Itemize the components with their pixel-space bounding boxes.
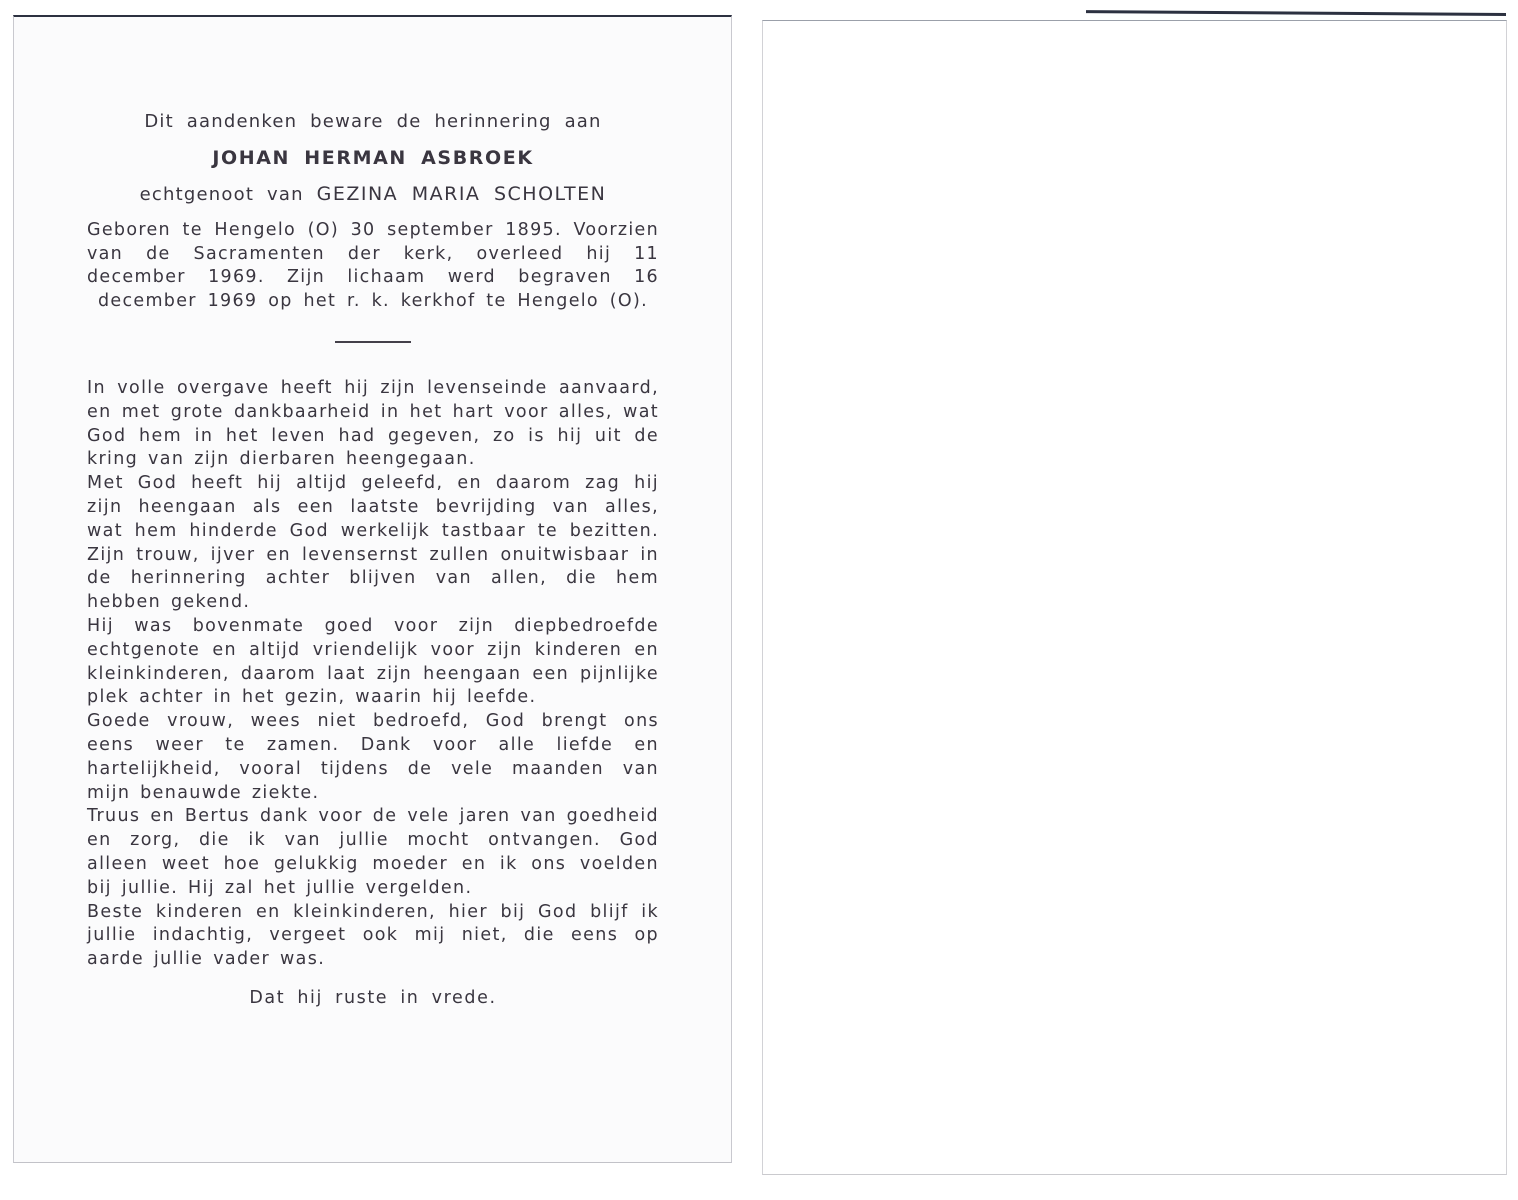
paragraph: Beste kinderen en kleinkinderen, hier bi… [87, 901, 659, 972]
biographical-details: Geboren te Hengelo (O) 30 september 1895… [87, 219, 659, 313]
paragraph: Hij was bovenmate goed voor zijn diepbed… [87, 615, 659, 710]
memorial-text: In volle overgave heeft hij zijn levense… [87, 377, 659, 972]
spouse-name: GEZINA MARIA SCHOLTEN [317, 183, 607, 205]
section-divider [335, 341, 411, 343]
paragraph: Goede vrouw, wees niet bedroefd, God bre… [87, 710, 659, 805]
paragraph: Met God heeft hij altijd geleefd, en daa… [87, 472, 659, 615]
intro-line: Dit aandenken beware de herinnering aan [87, 110, 659, 134]
paragraph: Truus en Bertus dank voor de vele jaren … [87, 805, 659, 900]
closing-line: Dat hij ruste in vrede. [87, 986, 659, 1010]
card-content: Dit aandenken beware de herinnering aan … [87, 110, 659, 1010]
memorial-card-front: Dit aandenken beware de herinnering aan … [13, 15, 732, 1163]
spouse-prefix: echtgenoot van [140, 184, 304, 205]
paragraph: In volle overgave heeft hij zijn levense… [87, 377, 659, 472]
memorial-card-back [762, 20, 1507, 1175]
spouse-line: echtgenoot van GEZINA MARIA SCHOLTEN [87, 182, 659, 207]
deceased-name: JOHAN HERMAN ASBROEK [87, 146, 659, 170]
